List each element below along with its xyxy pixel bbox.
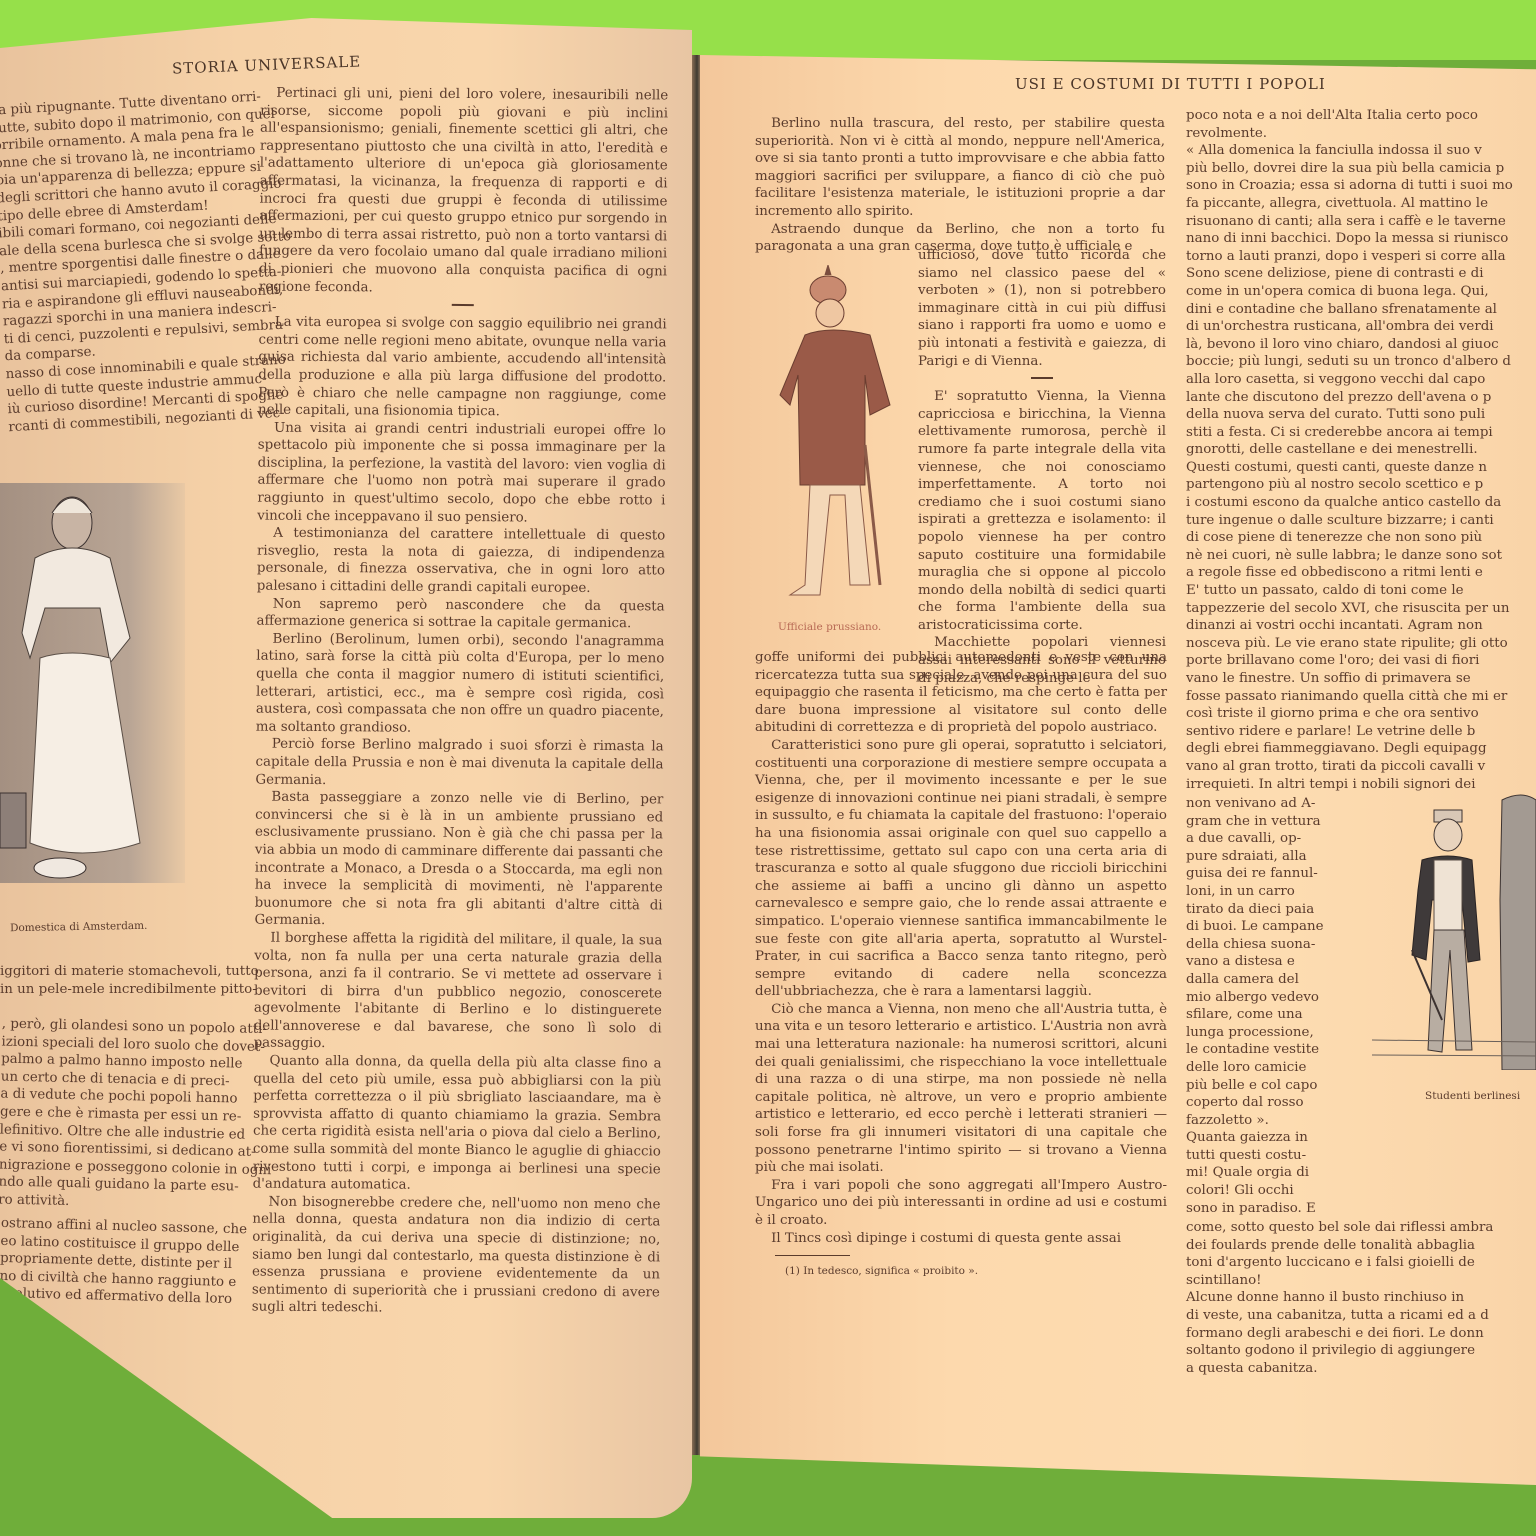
section-separator — [918, 374, 1166, 382]
text-line: gram che in vettura — [1186, 813, 1356, 831]
right-col2-bottom-text: come, sotto questo bel sole dai riflessi… — [1186, 1219, 1536, 1377]
text-line: loni, in un carro — [1186, 883, 1356, 901]
section-separator — [259, 300, 667, 311]
text-line: iggitori di materie stomachevoli, tutto — [0, 963, 235, 981]
text-line: tutti questi costu- — [1186, 1147, 1356, 1165]
caption-studenti: Studenti berlinesi — [1425, 1090, 1520, 1102]
text-line: sentivo ridere e parlare! Le vetrine del… — [1186, 723, 1536, 741]
text-line: dalla camera del — [1186, 971, 1356, 989]
text-line: là, bevono il loro vino chiaro, dandosi … — [1186, 336, 1536, 354]
paragraph: Non bisognerebbe credere che, nell'uomo … — [252, 1193, 661, 1319]
text-line: fosse passato rianimando quella città ch… — [1186, 688, 1536, 706]
text-line: a regole fisse ed obbediscono a ritmi le… — [1186, 564, 1536, 582]
text-line: non venivano ad A- — [1186, 795, 1356, 813]
paragraph: Pertinaci gli uni, pieni del loro volere… — [259, 85, 668, 299]
paragraph: Fra i vari popoli che sono aggregati all… — [755, 1177, 1167, 1230]
text-line: fazzoletto ». — [1186, 1112, 1356, 1130]
left-col1-bottom-para1: iggitori di materie stomachevoli, tuttoi… — [0, 963, 235, 998]
text-line: in un pele-mele incredibilmente pitto- — [0, 981, 235, 999]
text-line: così triste il giorno prima e che ora se… — [1186, 705, 1536, 723]
text-line: risuonano di canti; alla sera i caffè e … — [1186, 213, 1536, 231]
paragraph: La vita europea si svolge con saggio equ… — [258, 314, 667, 422]
text-line: nè nei cuori, nè sulle labbra; le danze … — [1186, 547, 1536, 565]
left-col1-bottom-para2: , però, gli olandesi sono un popolo atti… — [0, 1016, 237, 1214]
right-col1-wrap-text: ufficioso, dove tutto ricorda che siamo … — [918, 247, 1166, 687]
text-line: scintillano! — [1186, 1272, 1536, 1290]
text-line: delle loro camicie — [1186, 1059, 1356, 1077]
left-col1-bottom-para3: ostrano affini al nucleo sassone, cheeo … — [0, 1215, 236, 1309]
right-col2-narrow-text: non venivano ad A-gram che in vetturaa d… — [1186, 795, 1356, 1217]
paragraph: Caratteristici sono pure gli operai, sop… — [755, 737, 1167, 1001]
illustration-domestica — [0, 463, 200, 903]
paragraph: Berlino nulla trascura, del resto, per s… — [755, 115, 1165, 221]
paragraph: Ciò che manca a Vienna, non meno che all… — [755, 1001, 1167, 1177]
paragraph: ufficioso, dove tutto ricorda che siamo … — [918, 247, 1166, 370]
students-illustration-icon — [1372, 780, 1536, 1070]
text-line: guisa dei re fannul- — [1186, 865, 1356, 883]
text-line: come, sotto questo bel sole dai riflessi… — [1186, 1219, 1536, 1237]
paragraph: Il Tincs così dipinge i costumi di quest… — [755, 1230, 1167, 1248]
text-line: sono in Croazia; essa si adorna di tutti… — [1186, 177, 1536, 195]
text-line: poco nota e a noi dell'Alta Italia certo… — [1186, 107, 1536, 125]
text-line: i costumi escono da qualche antico caste… — [1186, 494, 1536, 512]
text-line: vano le finestre. Un soffio di primavera… — [1186, 670, 1536, 688]
illustration-ufficiale — [770, 265, 910, 615]
text-line: a questa cabanitza. — [1186, 1360, 1536, 1378]
text-line: tirato da dieci paia — [1186, 901, 1356, 919]
text-line: della nuova serva del curato. Tutti sono… — [1186, 406, 1536, 424]
text-line: coperto dal rosso — [1186, 1094, 1356, 1112]
text-line: dinanzi ai vostri occhi incantati. Agram… — [1186, 617, 1536, 635]
text-line: di cose piene di tenerezze che non sono … — [1186, 529, 1536, 547]
text-line: vano al gran trotto, tirati da piccoli c… — [1186, 758, 1536, 776]
right-col1-top-text: Berlino nulla trascura, del resto, per s… — [755, 115, 1165, 256]
left-col2-text: Pertinaci gli uni, pieni del loro volere… — [252, 85, 669, 1320]
text-line: degli ebrei fiammeggiavano. Degli equipa… — [1186, 740, 1536, 758]
text-line: porte brillavano come l'oro; dei vasi di… — [1186, 652, 1536, 670]
officer-illustration-icon — [770, 265, 910, 615]
caption-domestica: Domestica di Amsterdam. — [10, 920, 148, 934]
text-line: « Alla domenica la fanciulla indossa il … — [1186, 142, 1536, 160]
text-line: le contadine vestite — [1186, 1041, 1356, 1059]
paragraph: Una visita ai grandi centri industriali … — [257, 419, 666, 527]
text-line: dini e contadine che ballano sfrenatamen… — [1186, 301, 1536, 319]
text-line: Alcune donne hanno il busto rinchiuso in — [1186, 1289, 1536, 1307]
paragraph: Basta passeggiare a zonzo nelle vie di B… — [254, 789, 663, 933]
text-line: di veste, una cabanitza, tutta a ricami … — [1186, 1307, 1536, 1325]
text-line: sono in paradiso. E — [1186, 1200, 1356, 1218]
paragraph: E' sopratutto Vienna, la Vienna capricci… — [918, 388, 1166, 634]
left-col1-top-text: ra più ripugnante. Tutte diventano orri-… — [0, 90, 254, 437]
text-line: nosceva più. Le vie erano state ripulite… — [1186, 635, 1536, 653]
text-line: stiti a festa. Ci si crederebbe ancora a… — [1186, 424, 1536, 442]
text-line: toni d'argento luccicano e i falsi gioie… — [1186, 1254, 1536, 1272]
paragraph: Quanto alla donna, da quella della più a… — [253, 1053, 662, 1197]
text-line: lante che discutono del prezzo dell'aven… — [1186, 389, 1536, 407]
right-page: USI E COSTUMI DI TUTTI I POPOLI Berlino … — [700, 55, 1536, 1485]
illustration-studenti — [1372, 780, 1536, 1070]
paragraph: Berlino (Berolinum, lumen orbi), secondo… — [256, 630, 665, 738]
text-line: dei foulards prende delle tonalità abbag… — [1186, 1237, 1536, 1255]
text-line: formano degli arabeschi e dei fiori. Le … — [1186, 1325, 1536, 1343]
paragraph: A testimonianza del carattere intellettu… — [257, 525, 665, 598]
text-line: Sono scene deliziose, piene di contrasti… — [1186, 265, 1536, 283]
text-line: alla loro casetta, si veggono vecchi dal… — [1186, 371, 1536, 389]
footnote-rule — [775, 1255, 850, 1256]
text-line: colori! Gli occhi — [1186, 1182, 1356, 1200]
text-line: Quanta gaiezza in — [1186, 1129, 1356, 1147]
text-line: vano a distesa e — [1186, 953, 1356, 971]
text-line: soltanto godono il privilegio di aggiung… — [1186, 1342, 1536, 1360]
text-line: tappezzerie del secolo XVI, che risuscit… — [1186, 600, 1536, 618]
text-line: gnorotti, delle castellane e dei menestr… — [1186, 441, 1536, 459]
maid-illustration-icon — [0, 463, 200, 903]
text-line: boccie; più lungi, seduti su un tronco d… — [1186, 353, 1536, 371]
text-line: come in un'opera comica di buona lega. Q… — [1186, 283, 1536, 301]
text-line: di buoi. Le campane — [1186, 918, 1356, 936]
text-line: nano di inni bacchici. Dopo la messa si … — [1186, 230, 1536, 248]
text-line: fa piccante, allegra, civettuola. Al mat… — [1186, 195, 1536, 213]
right-col1-bottom-text: goffe uniformi dei pubblici automedonti … — [755, 649, 1167, 1247]
paragraph: Non sapremo però nascondere che da quest… — [256, 595, 664, 633]
text-line: ture ingenue o dalle sculture bizzarre; … — [1186, 512, 1536, 530]
paragraph: Il borghese affetta la rigidità del mili… — [254, 929, 663, 1055]
paragraph: Perciò forse Berlino malgrado i suoi sfo… — [255, 736, 663, 792]
text-line: E' tutto un passato, caldo di toni come … — [1186, 582, 1536, 600]
right-col2-top-text: poco nota e a noi dell'Alta Italia certo… — [1186, 107, 1536, 793]
text-line: della chiesa suona- — [1186, 936, 1356, 954]
left-page: STORIA UNIVERSALE ra più ripugnante. Tut… — [0, 18, 692, 1518]
paragraph: goffe uniformi dei pubblici automedonti … — [755, 649, 1167, 737]
text-line: più belle e col capo — [1186, 1077, 1356, 1095]
text-line: sfilare, come una — [1186, 1006, 1356, 1024]
text-line: revolmente. — [1186, 125, 1536, 143]
text-line: a due cavalli, op- — [1186, 830, 1356, 848]
text-line: pure sdraiati, alla — [1186, 848, 1356, 866]
footnote: (1) In tedesco, significa « proibito ». — [785, 1265, 978, 1277]
text-line: lunga processione, — [1186, 1024, 1356, 1042]
running-head-right: USI E COSTUMI DI TUTTI I POPOLI — [1015, 75, 1326, 93]
text-line: mio albergo vedevo — [1186, 989, 1356, 1007]
running-head-left: STORIA UNIVERSALE — [172, 52, 362, 77]
caption-ufficiale: Ufficiale prussiano. — [778, 621, 881, 633]
text-line: più bello, dovrei dire la sua più bella … — [1186, 160, 1536, 178]
text-line: mi! Quale orgia di — [1186, 1164, 1356, 1182]
text-line: di un'orchestra rusticana, all'ombra dei… — [1186, 318, 1536, 336]
text-line: Questi costumi, questi canti, queste dan… — [1186, 459, 1536, 477]
text-line: partengono più al nostro secolo scettico… — [1186, 476, 1536, 494]
text-line: torno a lauti pranzi, dopo i vesperi si … — [1186, 248, 1536, 266]
